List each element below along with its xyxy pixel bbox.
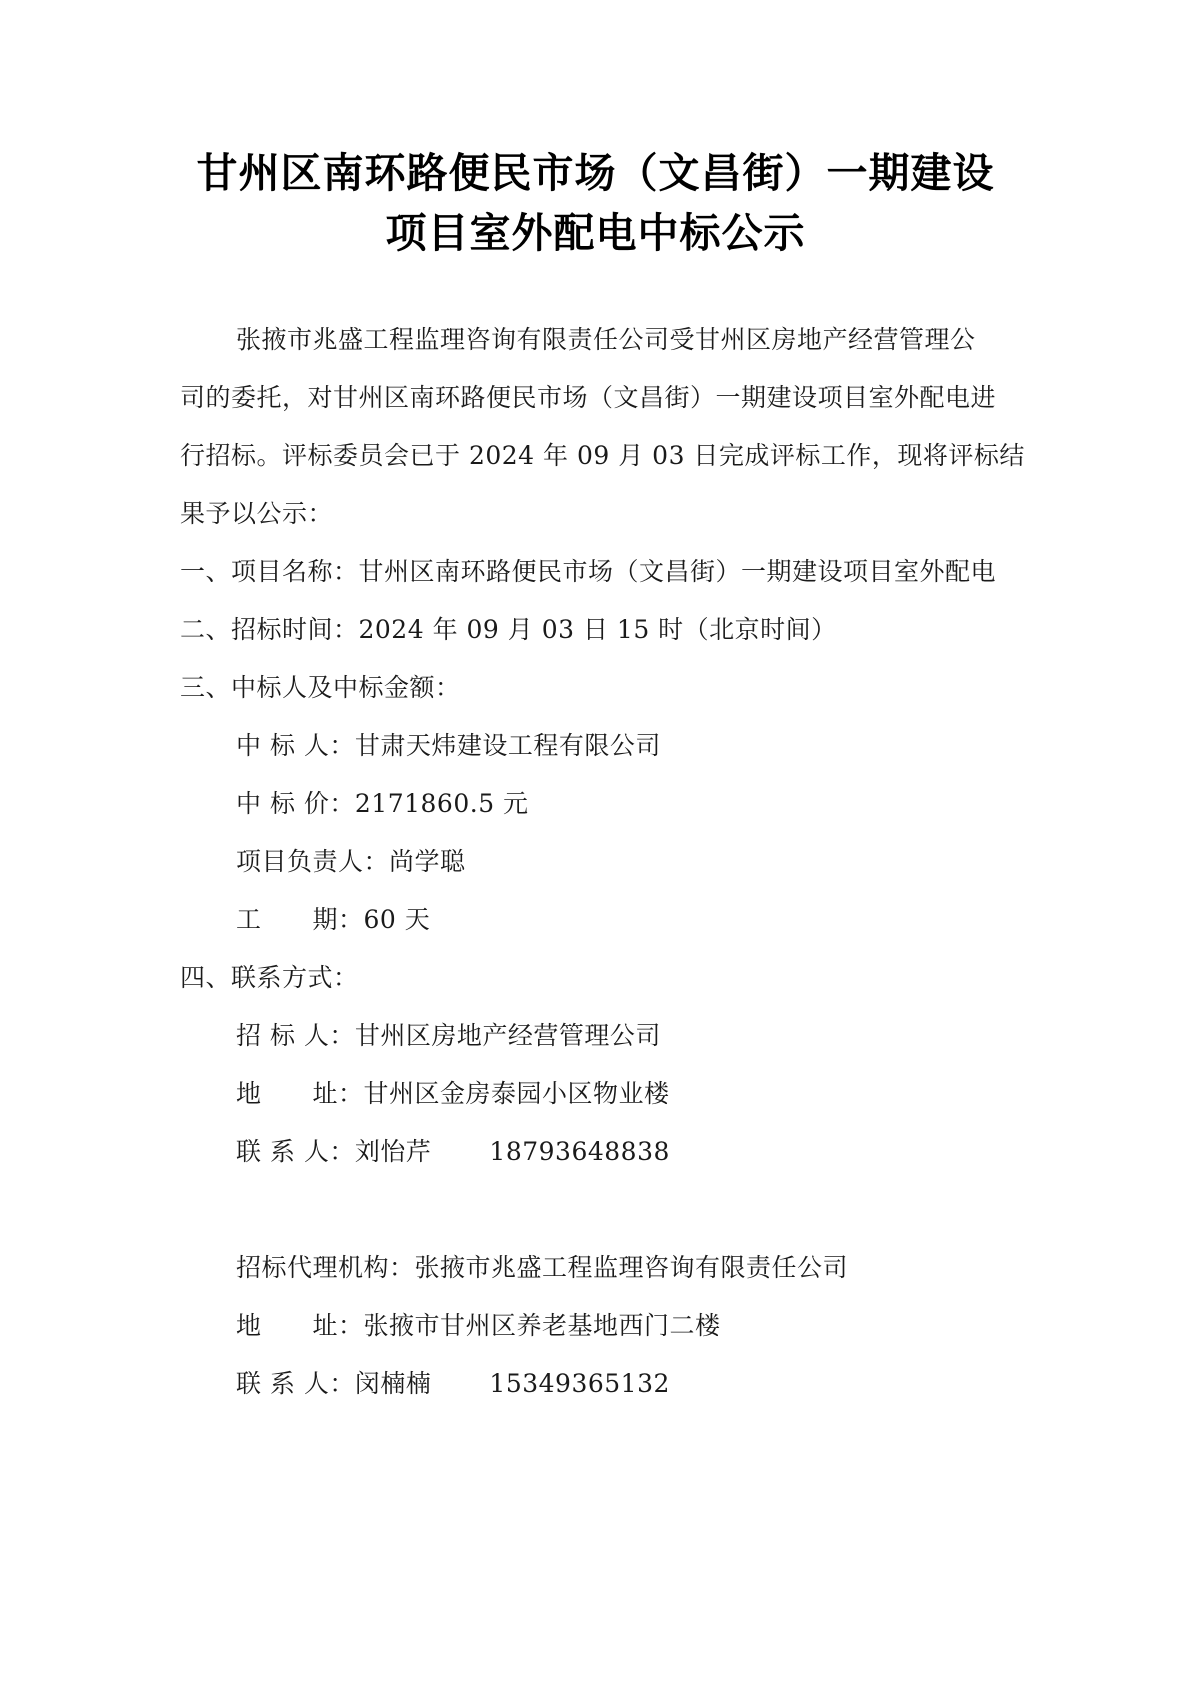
intro-line4: 果予以公示： [180,499,333,529]
agency-name-row: 招标代理机构：张掖市兆盛工程监理咨询有限责任公司 [236,1253,848,1283]
tenderer-name-label: 招 标 人： [236,1021,355,1051]
agency-contact-row: 联 系 人：闵楠楠15349365132 [236,1369,670,1399]
tenderer-address-label: 地 址： [236,1079,364,1109]
tenderer-name-row: 招 标 人：甘州区房地产经营管理公司 [236,1021,661,1051]
bid-time: 二、招标时间：2024 年 09 月 03 日 15 时（北京时间） [180,615,837,645]
agency-address-value: 张掖市甘州区养老基地西门二楼 [364,1311,721,1340]
project-manager-row: 项目负责人：尚学聪 [236,847,466,877]
contact-heading: 四、联系方式： [180,963,359,993]
tenderer-contact-value: 刘怡芹 [355,1137,432,1166]
intro-line2: 司的委托，对甘州区南环路便民市场（文昌街）一期建设项目室外配电进 [180,383,996,413]
duration-row: 工 期：60 天 [236,905,430,935]
winner-price-value: 2171860.5 元 [355,789,529,818]
document-title-line1: 甘州区南环路便民市场（文昌街）一期建设 [0,140,1191,199]
project-manager-label: 项目负责人： [236,847,389,877]
agency-contact-label: 联 系 人： [236,1369,355,1399]
agency-phone: 15349365132 [489,1369,669,1399]
tenderer-address-value: 甘州区金房泰园小区物业楼 [364,1079,670,1108]
tenderer-phone: 18793648838 [489,1137,669,1167]
project-manager-value: 尚学聪 [389,847,466,876]
duration-value: 60 天 [364,905,431,934]
agency-name-value: 张掖市兆盛工程监理咨询有限责任公司 [415,1253,849,1282]
winner-heading: 三、中标人及中标金额： [180,673,461,703]
winner-price-row: 中 标 价：2171860.5 元 [236,789,529,819]
tenderer-name-value: 甘州区房地产经营管理公司 [355,1021,661,1050]
winner-price-label: 中 标 价： [236,789,355,819]
document-title-line2: 项目室外配电中标公示 [0,200,1191,259]
winner-name-value: 甘肃天炜建设工程有限公司 [355,731,661,760]
winner-name-row: 中 标 人：甘肃天炜建设工程有限公司 [236,731,661,761]
intro-line3: 行招标。评标委员会已于 2024 年 09 月 03 日完成评标工作，现将评标结 [180,441,1025,471]
agency-contact-value: 闵楠楠 [355,1369,432,1398]
duration-label: 工 期： [236,905,364,935]
intro-line1: 张掖市兆盛工程监理咨询有限责任公司受甘州区房地产经营管理公 [236,325,976,355]
tenderer-contact-row: 联 系 人：刘怡芹18793648838 [236,1137,670,1167]
tenderer-contact-label: 联 系 人： [236,1137,355,1167]
tenderer-address-row: 地 址：甘州区金房泰园小区物业楼 [236,1079,670,1109]
project-name: 一、项目名称：甘州区南环路便民市场（文昌街）一期建设项目室外配电 [180,557,996,587]
agency-address-label: 地 址： [236,1311,364,1341]
agency-name-label: 招标代理机构： [236,1253,415,1283]
agency-address-row: 地 址：张掖市甘州区养老基地西门二楼 [236,1311,721,1341]
winner-name-label: 中 标 人： [236,731,355,761]
